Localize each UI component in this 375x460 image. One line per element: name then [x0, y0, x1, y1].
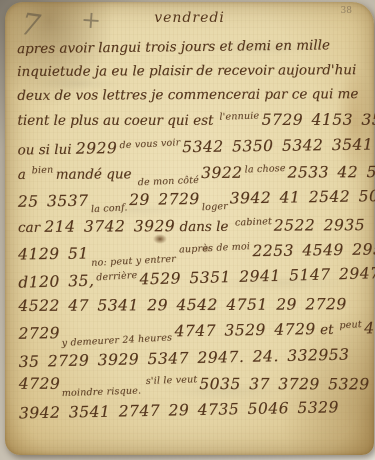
interlinear-annotation: moindre risque.: [62, 386, 142, 399]
handwritten-text: mandé que: [56, 166, 136, 182]
corner-page-number: 38: [341, 6, 352, 16]
manuscript-line: 2729y demeurer 24 heures4747 3529 4729 e…: [18, 320, 370, 343]
manuscript-line: a bienmandé que de mon côté3922la chose2…: [18, 164, 370, 183]
manuscript-line: inquietude ja eu le plaisir de recevoir …: [17, 63, 369, 80]
manuscript-line: 4729moindre risque.s'il le veut5035 37 3…: [19, 376, 371, 394]
interlinear-annotation: derrière: [96, 271, 138, 284]
manuscript-line: 25 3537la conf.29 2729loger3942 41 2542 …: [18, 189, 370, 212]
manuscript-line: 35 2729 3929 5347 2947. 24. 332953: [18, 346, 370, 371]
interlinear-annotation: bien: [32, 166, 54, 177]
cipher-numbers: 4529 5351 2941 5147 2947: [139, 265, 375, 289]
manuscript-line: apres avoir langui trois jours et demi e…: [17, 38, 369, 57]
handwritten-text: dans le: [175, 219, 233, 235]
cipher-numbers: 4729: [19, 375, 60, 393]
manuscript-line: car 214 3742 3929 dans le cabinet2522 29…: [18, 217, 370, 236]
date-heading: vendredi: [5, 10, 374, 26]
interlinear-annotation: no: peut y entrer: [91, 255, 176, 270]
photo-background: 7 + vendredi 38 apres avoir langui trois…: [0, 0, 375, 460]
cipher-numbers: 25 3537: [18, 192, 89, 211]
handwritten-text: apres avoir langui trois jours et demi e…: [17, 37, 330, 57]
cipher-numbers: 2253 4549 2950 2929: [252, 240, 375, 261]
handwritten-text: car: [18, 220, 44, 236]
cipher-numbers: 5035 37 3729 5329 5351: [199, 375, 375, 393]
cipher-numbers: 4522 47 5341 29 4542 4751 29 2729: [18, 295, 346, 315]
manuscript-line: 3942 3541 2747 29 4735 5046 5329: [19, 399, 371, 423]
cipher-numbers: 2729: [18, 324, 60, 343]
manuscript-line: deux de vos lettres je commencerai par c…: [17, 87, 369, 104]
cipher-numbers: 3942 3541 2747 29 4735 5046 5329: [19, 399, 339, 423]
cipher-numbers: 2533 42 5029: [287, 163, 375, 182]
handwritten-text: tient le plus au coeur qui est: [17, 113, 217, 129]
interlinear-annotation: loger: [202, 202, 229, 214]
handwritten-text: deux de vos lettres je commencerai par c…: [17, 86, 358, 104]
cipher-numbers: 2522 2935: [274, 216, 365, 234]
manuscript-line: tient le plus au coeur qui est l'ennuie5…: [17, 112, 369, 129]
interlinear-annotation: auprès de moi: [179, 242, 250, 256]
interlinear-annotation: s'il le veut: [146, 375, 198, 387]
handwritten-text: a: [18, 167, 30, 183]
cipher-numbers: 3942 41 2542 5051 29: [230, 187, 375, 208]
cipher-numbers: 214 3742 3929: [44, 217, 175, 236]
letter-body: apres avoir langui trois jours et demi e…: [17, 39, 371, 429]
interlinear-annotation: cabinet: [234, 217, 271, 229]
page-header: 7 + vendredi 38: [5, 2, 374, 42]
cipher-numbers: 3922: [201, 164, 243, 182]
manuscript-line: ou si lui 2929de vous voir5342 5350 5342…: [17, 136, 369, 158]
handwritten-text: ou si lui: [17, 141, 75, 158]
interlinear-annotation: la chose: [244, 164, 285, 176]
interlinear-annotation: la conf.: [90, 204, 127, 216]
cipher-numbers: 2929: [76, 139, 118, 158]
cipher-numbers: 4129 51: [18, 245, 89, 264]
cipher-numbers: 5729 4153 3529: [262, 111, 375, 129]
manuscript-line: 4129 51no: peut y entrerauprès de moi225…: [18, 242, 370, 264]
cipher-numbers: 29 2729: [129, 190, 200, 209]
manuscript-line: 4522 47 5341 29 4542 4751 29 2729: [18, 296, 370, 315]
cipher-numbers: d120 35,: [18, 272, 95, 292]
interlinear-annotation: y demeurer 24 heures: [62, 334, 173, 350]
cipher-numbers: 4529 5351.: [364, 318, 375, 338]
cipher-numbers: 4747 3529 4729: [174, 320, 315, 340]
interlinear-annotation: l'ennuie: [220, 112, 260, 124]
manuscript-line: d120 35,derrière4529 5351 2941 5147 2947: [18, 266, 370, 293]
cipher-numbers: 5342 5350 5342 3541: [182, 135, 373, 156]
interlinear-annotation: de vous voir: [119, 138, 180, 152]
handwritten-text: inquietude ja eu le plaisir de recevoir …: [17, 62, 356, 80]
interlinear-annotation: de mon côté: [138, 176, 200, 189]
handwritten-text: et: [316, 322, 338, 338]
interlinear-annotation: peut: [339, 320, 362, 332]
manuscript-page: 7 + vendredi 38 apres avoir langui trois…: [5, 2, 374, 455]
